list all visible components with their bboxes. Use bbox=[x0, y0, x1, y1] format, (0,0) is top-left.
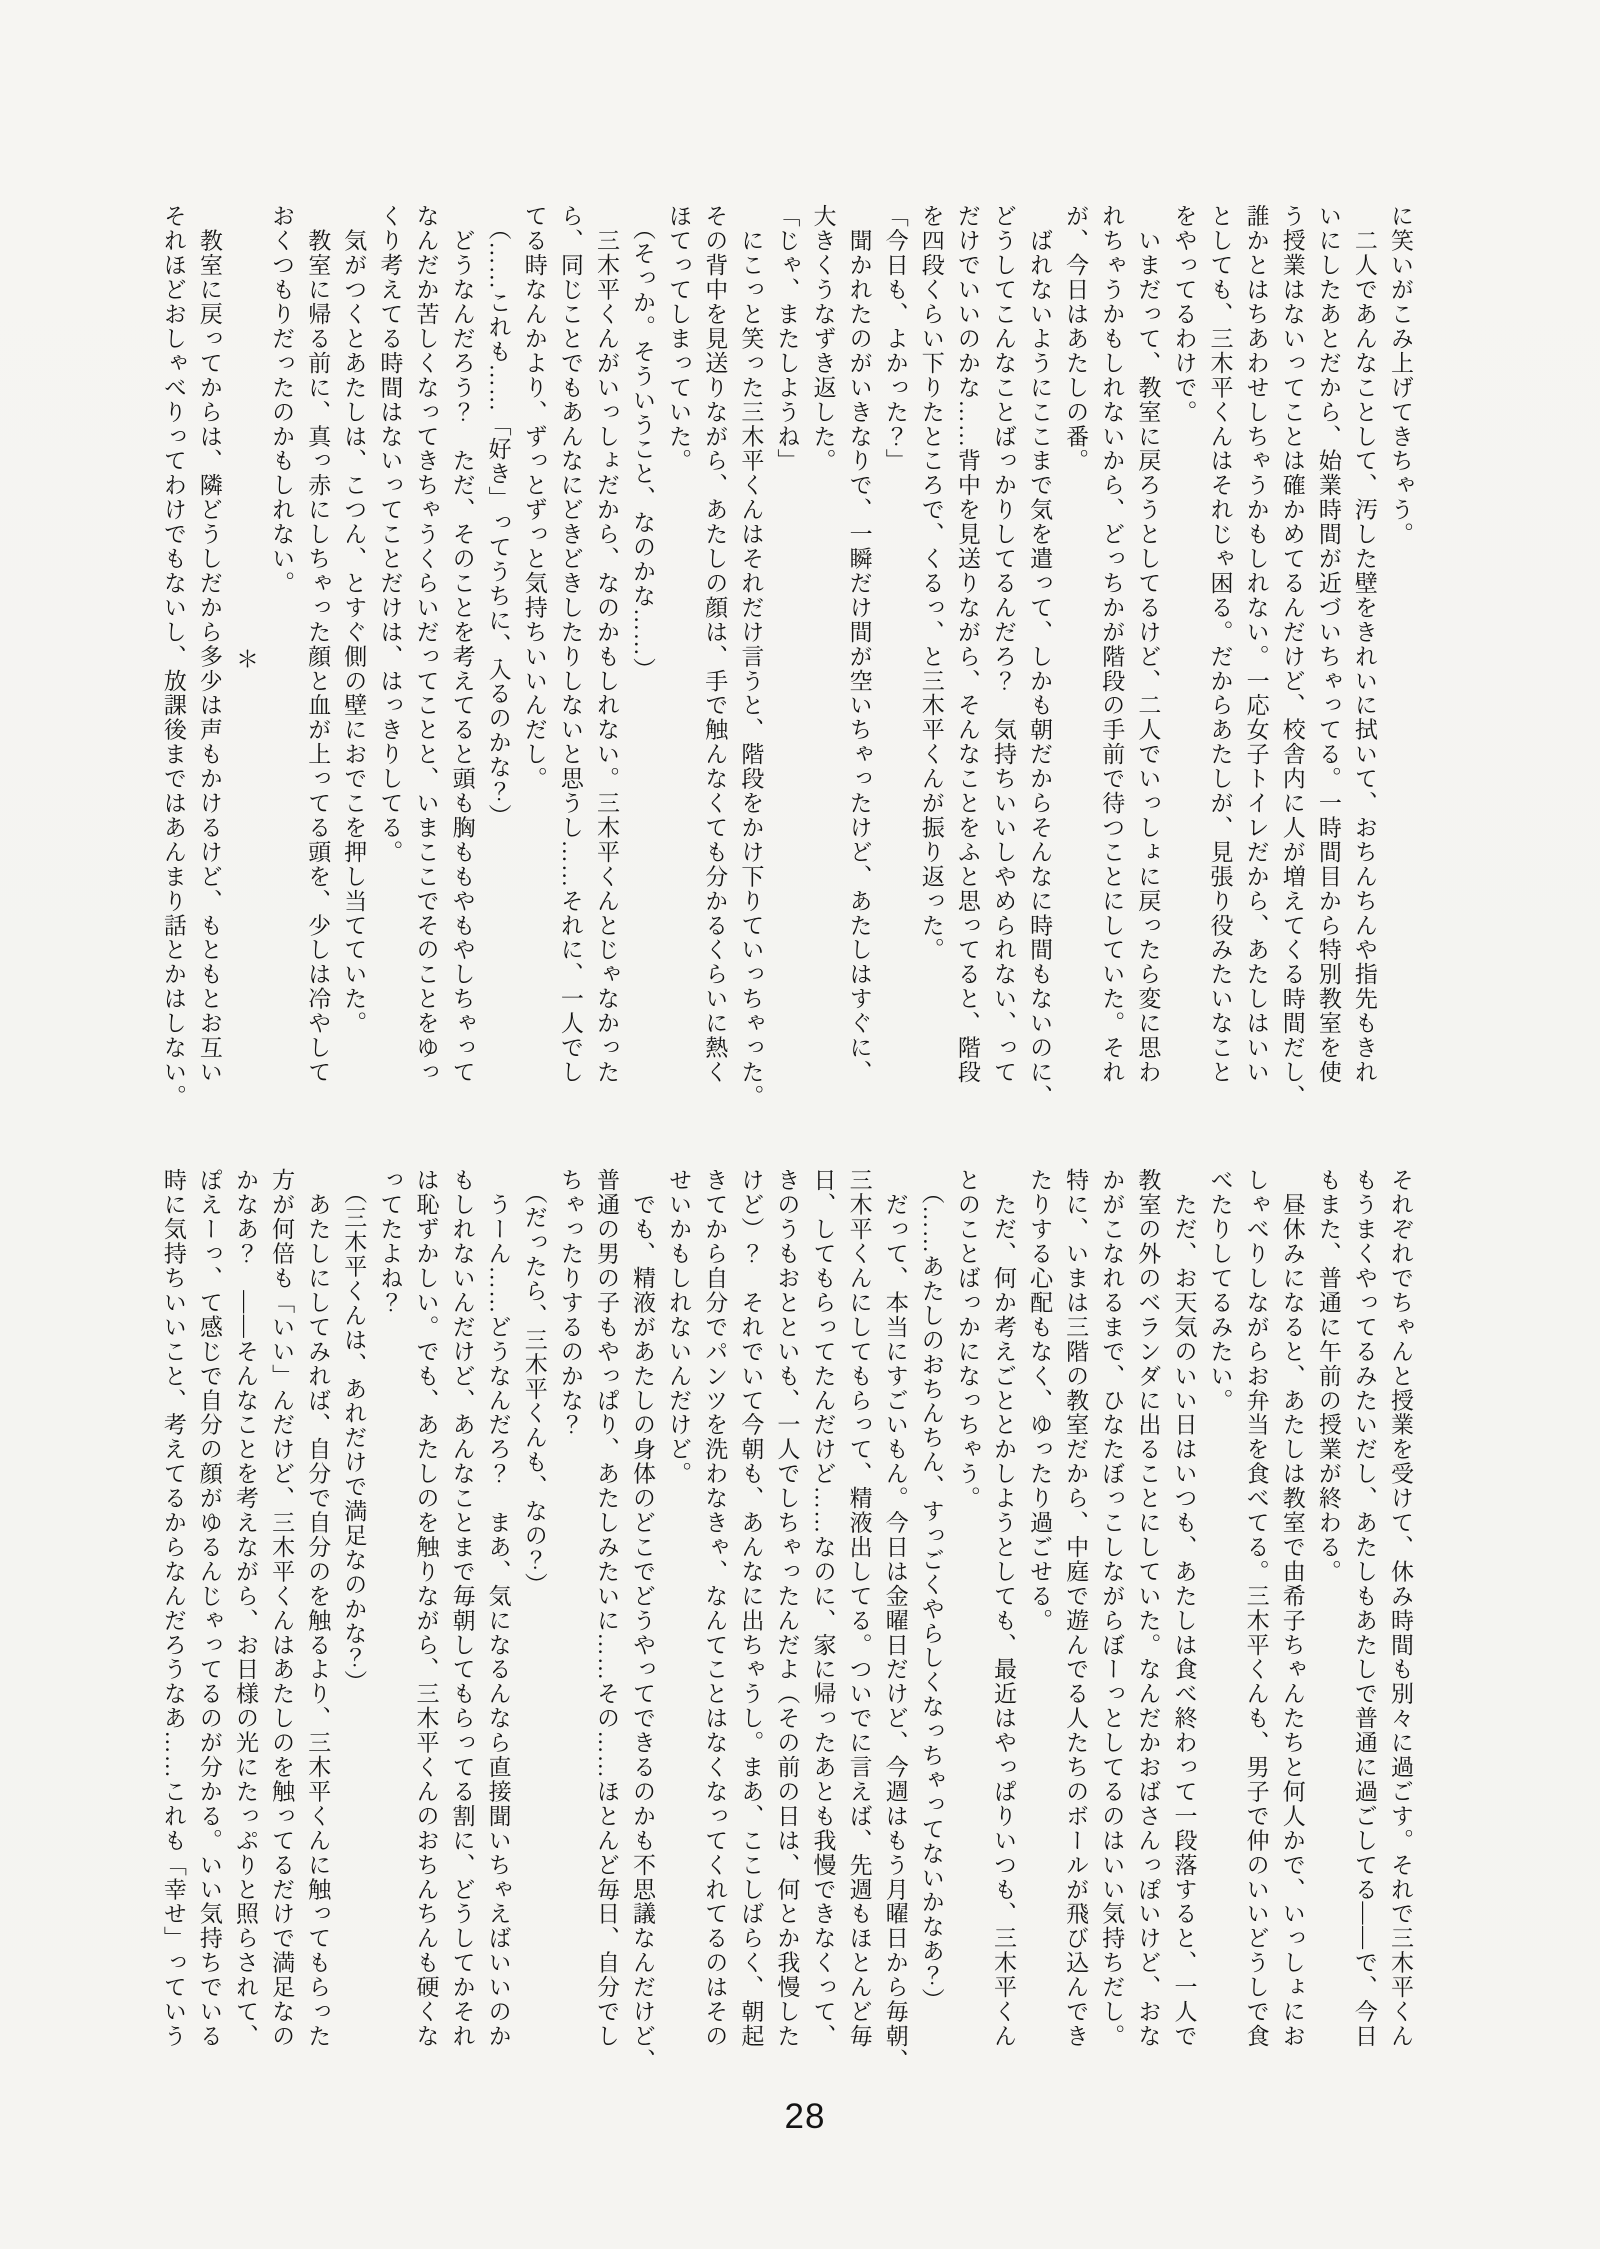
text-line: もうまくやってるみたいだし、あたしもあたしで普通に過ごしてる――で、今日 bbox=[1346, 1168, 1382, 2076]
text-line: せいかもしれないんだけど。 bbox=[660, 1168, 696, 2076]
text-line: 気がつくとあたしは、こつん、とすぐ側の壁におでこを押し当てていた。 bbox=[335, 204, 371, 1112]
lower-text-block: それぞれでちゃんと授業を受けて、休み時間も別々に過ごす。それで三木平くんもうまく… bbox=[155, 1168, 1418, 2076]
text-line: あたしにしてみれば、自分で自分のを触るより、三木平くんに触ってもらった bbox=[299, 1168, 335, 2076]
text-line: 二人であんなことして、汚した壁をきれいに拭いて、おちんちんや指先もきれ bbox=[1346, 204, 1382, 1112]
text-line: （そっか。そういうこと、なのかな……） bbox=[624, 204, 660, 1112]
text-line: ちゃったりするのかな？ bbox=[552, 1168, 588, 2076]
text-line: たりする心配もなく、ゆったり過ごせる。 bbox=[1021, 1168, 1057, 2076]
text-line: ら、同じことでもあんなにどきどきしたりしないと思うし……それに、一人でし bbox=[552, 204, 588, 1112]
text-line: けど）？ それでいて今朝も、あんなに出ちゃうし。まあ、ここしばらく、朝起 bbox=[732, 1168, 768, 2076]
text-line: ほてってしまっていた。 bbox=[660, 204, 696, 1112]
text-line: どうなんだろう？ ただ、そのことを考えてると頭も胸ももやもやしちゃって bbox=[443, 204, 479, 1112]
section-break-mark: ＊ bbox=[227, 204, 263, 1112]
text-line: 特に、いまは三階の教室だから、中庭で遊んでる人たちのボールが飛び込んでき bbox=[1057, 1168, 1093, 2076]
text-line: てる時なんかより、ずっとずっと気持ちいいんだし。 bbox=[516, 204, 552, 1112]
text-line: かがこなれるまで、ひなたぼっこしながらぼーっとしてるのはいい気持ちだし。 bbox=[1093, 1168, 1129, 2076]
text-line: は恥ずかしい。でも、あたしのを触りながら、三木平くんのおちんちんも硬くな bbox=[407, 1168, 443, 2076]
text-line: 方が何倍も「いい」んだけど、三木平くんはあたしのを触ってるだけで満足なの bbox=[263, 1168, 299, 2076]
text-line: それほどおしゃべりってわけでもないし、放課後まではあんまり話とかはしない。 bbox=[155, 204, 191, 1112]
text-line: 「じゃ、またしようね」 bbox=[768, 204, 804, 1112]
text-line: しゃべりしながらお弁当を食べてる。三木平くんも、男子で仲のいいどうしで食 bbox=[1238, 1168, 1274, 2076]
text-line: ただ、お天気のいい日はいつも、あたしは食べ終わって一段落すると、一人で bbox=[1165, 1168, 1201, 2076]
text-line: う授業はないってことは確かめてるんだけど、校舎内に人が増えてくる時間だし、 bbox=[1274, 204, 1310, 1112]
text-line: に笑いがこみ上げてきちゃう。 bbox=[1382, 204, 1418, 1112]
text-line: きてから自分でパンツを洗わなきゃ、なんてことはなくなってくれてるのはその bbox=[696, 1168, 732, 2076]
text-line: 「今日も、よかった？」 bbox=[877, 204, 913, 1112]
text-line: ただ、何か考えごととかしようとしても、最近はやっぱりいつも、三木平くん bbox=[985, 1168, 1021, 2076]
text-line: （だったら、三木平くんも、なの？） bbox=[516, 1168, 552, 2076]
text-line: としても、三木平くんはそれじゃ困る。だからあたしが、見張り役みたいなこと bbox=[1201, 204, 1237, 1112]
text-line: もまた、普通に午前の授業が終わる。 bbox=[1310, 1168, 1346, 2076]
text-line: うーん……どうなんだろ？ まあ、気になるんなら直接聞いちゃえばいいのか bbox=[480, 1168, 516, 2076]
text-line: だけでいいのかな……背中を見送りながら、そんなことをふと思ってると、階段 bbox=[949, 204, 985, 1112]
text-line: 昼休みになると、あたしは教室で由希子ちゃんたちと何人かで、いっしょにお bbox=[1274, 1168, 1310, 2076]
text-line: 日、してもらってたんだけど……なのに、家に帰ったあとも我慢できなくって、 bbox=[804, 1168, 840, 2076]
text-line: ばれないようにここまで気を遣って、しかも朝だからそんなに時間もないのに、 bbox=[1021, 204, 1057, 1112]
text-line: にこっと笑った三木平くんはそれだけ言うと、階段をかけ下りていっちゃった。 bbox=[732, 204, 768, 1112]
text-line: もしれないんだけど、あんなことまで毎朝してもらってる割に、どうしてかそれ bbox=[443, 1168, 479, 2076]
text-line: ってたよね？ bbox=[371, 1168, 407, 2076]
text-line: べたりしてるみたい。 bbox=[1201, 1168, 1237, 2076]
text-line: なんだか苦しくなってきちゃうくらいだってことと、いまここでそのことをゆっ bbox=[407, 204, 443, 1112]
text-line: きのうもおとといも、一人でしちゃったんだよ（その前の日は、何とか我慢した bbox=[768, 1168, 804, 2076]
text-line: その背中を見送りながら、あたしの顔は、手で触んなくても分かるくらいに熱く bbox=[696, 204, 732, 1112]
text-line: 三木平くんがいっしょだから、なのかもしれない。三木平くんとじゃなかった bbox=[588, 204, 624, 1112]
upper-text-block: に笑いがこみ上げてきちゃう。 二人であんなことして、汚した壁をきれいに拭いて、お… bbox=[155, 204, 1418, 1112]
text-line: 三木平くんにしてもらって、精液出してる。ついでに言えば、先週もほとんど毎 bbox=[841, 1168, 877, 2076]
text-line: をやってるわけで。 bbox=[1165, 204, 1201, 1112]
text-line: とのことばっかになっちゃう。 bbox=[949, 1168, 985, 2076]
text-line: が、今日はあたしの番。 bbox=[1057, 204, 1093, 1112]
text-line: 時に気持ちいいこと、考えてるからなんだろうなあ……これも「幸せ」っていう bbox=[155, 1168, 191, 2076]
scanned-book-page: に笑いがこみ上げてきちゃう。 二人であんなことして、汚した壁をきれいに拭いて、お… bbox=[0, 0, 1600, 2249]
text-line: （……これも……「好き」ってうちに、入るのかな？） bbox=[480, 204, 516, 1112]
text-line: だって、本当にすごいもん。今日は金曜日だけど、今週はもう月曜日から毎朝、 bbox=[877, 1168, 913, 2076]
text-line: 普通の男の子もやっぱり、あたしみたいに……その……ほとんど毎日、自分でし bbox=[588, 1168, 624, 2076]
text-line: いまだって、教室に戻ろうとしてるけど、二人でいっしょに戻ったら変に思わ bbox=[1129, 204, 1165, 1112]
page-number: 28 bbox=[0, 2097, 1600, 2137]
text-line: いにしたあとだから、始業時間が近づいちゃってる。一時間目から特別教室を使 bbox=[1310, 204, 1346, 1112]
text-line: れちゃうかもしれないから、どっちかが階段の手前で待つことにしていた。それ bbox=[1093, 204, 1129, 1112]
text-line: 教室の外のベランダに出ることにしていた。なんだかおばさんっぽいけど、おな bbox=[1129, 1168, 1165, 2076]
text-line: （三木平くんは、あれだけで満足なのかな？） bbox=[335, 1168, 371, 2076]
text-line: 大きくうなずき返した。 bbox=[804, 204, 840, 1112]
text-line: かなあ？ ――そんなことを考えながら、お日様の光にたっぷりと照らされて、 bbox=[227, 1168, 263, 2076]
text-line: どうしてこんなことばっかりしてるんだろ？ 気持ちいいしやめられない、って bbox=[985, 204, 1021, 1112]
text-line: 誰かとはちあわせしちゃうかもしれない。一応女子トイレだから、あたしはいい bbox=[1238, 204, 1274, 1112]
text-line: （……あたしのおちんちん、すっごくやらしくなっちゃってないかなあ？） bbox=[913, 1168, 949, 2076]
text-line: ぽえーっ、て感じで自分の顔がゆるんじゃってるのが分かる。いい気持ちでいる bbox=[191, 1168, 227, 2076]
text-line: を四段くらい下りたところで、くるっ、と三木平くんが振り返った。 bbox=[913, 204, 949, 1112]
text-line: くり考えてる時間はないってことだけは、はっきりしてる。 bbox=[371, 204, 407, 1112]
text-line: 教室に戻ってからは、隣どうしだから多少は声もかけるけど、もともとお互い bbox=[191, 204, 227, 1112]
text-line: 聞かれたのがいきなりで、一瞬だけ間が空いちゃったけど、あたしはすぐに、 bbox=[841, 204, 877, 1112]
text-line: でも、精液があたしの身体のどこでどうやってできるのかも不思議なんだけど、 bbox=[624, 1168, 660, 2076]
text-line: おくつもりだったのかもしれない。 bbox=[263, 204, 299, 1112]
text-line: それぞれでちゃんと授業を受けて、休み時間も別々に過ごす。それで三木平くん bbox=[1382, 1168, 1418, 2076]
text-line: 教室に帰る前に、真っ赤にしちゃった顔と血が上ってる頭を、少しは冷やして bbox=[299, 204, 335, 1112]
